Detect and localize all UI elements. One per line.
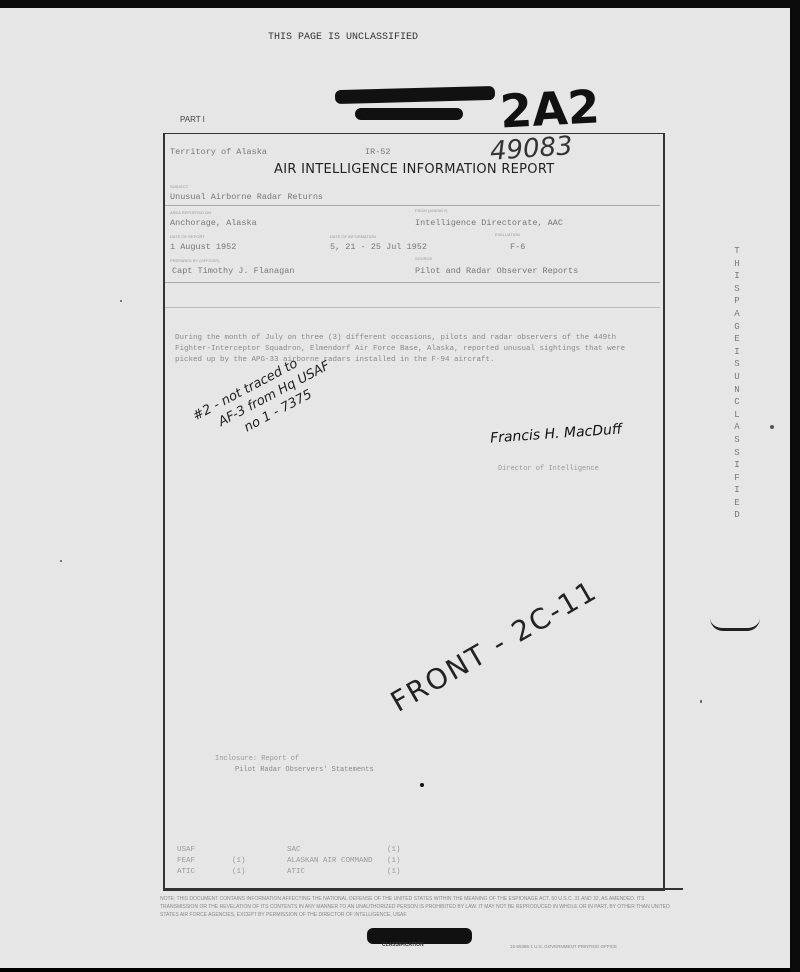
signature-title: Director of Intelligence — [498, 465, 599, 473]
field-subject: Unusual Airborne Radar Returns — [170, 192, 323, 202]
label-date-report: DATE OF REPORT — [170, 234, 205, 239]
field-date-information: 5, 21 - 25 Jul 1952 — [330, 242, 427, 252]
label-source: SOURCE — [415, 256, 432, 261]
field-source: Pilot and Radar Observer Reports — [415, 266, 578, 276]
scan-right-edge — [790, 0, 800, 972]
form-bottom-border — [163, 888, 683, 890]
scan-speck — [700, 700, 702, 703]
form-title: AIR INTELLIGENCE INFORMATION REPORT — [274, 162, 554, 177]
distribution-list: USAFSAC(1) FEAF(1)ALASKAN AIR COMMAND(1)… — [177, 845, 401, 878]
label-from: FROM (AGENCY) — [415, 208, 447, 213]
divider — [165, 282, 660, 283]
side-banner-text: THIS PAGE IS UNCLASSIFIED — [733, 245, 742, 522]
field-date-report: 1 August 1952 — [170, 242, 236, 252]
distribution-row: ATIC(1)ATIC(1) — [177, 867, 401, 878]
part-label: PART I — [180, 115, 205, 124]
handwritten-code: 2A2 — [499, 79, 601, 138]
label-evaluation: EVALUATION — [495, 232, 520, 237]
printing-office-mark: 16-55386-1 U.S. GOVERNMENT PRINTING OFFI… — [510, 944, 617, 949]
classification-label: CLASSIFICATION — [382, 942, 424, 948]
field-iir-no: IR-52 — [365, 147, 391, 157]
redaction-bar-second — [355, 108, 463, 120]
bracket-mark — [710, 618, 760, 631]
divider — [165, 205, 660, 206]
scan-speck — [770, 425, 774, 429]
scan-speck — [420, 783, 424, 787]
scan-speck — [120, 300, 122, 302]
side-unclassified-banner: THIS PAGE IS UNCLASSIFIED — [730, 245, 744, 522]
summary-paragraph: During the month of July on three (3) di… — [175, 333, 645, 366]
field-prepared-by: Capt Timothy J. Flanagan — [172, 266, 294, 276]
scan-speck — [60, 560, 62, 562]
field-from-agency: Intelligence Directorate, AAC — [415, 218, 563, 228]
field-country: Territory of Alaska — [170, 147, 267, 157]
label-date-info: DATE OF INFORMATION — [330, 234, 376, 239]
enclosure-line-1: Inclosure: Report of — [215, 755, 299, 763]
scan-top-edge — [0, 0, 800, 8]
distribution-row: FEAF(1)ALASKAN AIR COMMAND(1) — [177, 856, 401, 867]
divider — [165, 307, 660, 308]
espionage-act-note: NOTE: THIS DOCUMENT CONTAINS INFORMATION… — [160, 895, 680, 919]
field-evaluation: F-6 — [510, 242, 525, 252]
unclassified-banner: THIS PAGE IS UNCLASSIFIED — [268, 32, 418, 43]
label-prepared-by: PREPARED BY (OFFICER) — [170, 258, 219, 263]
label-area: AREA REPORTED ON — [170, 210, 211, 215]
field-area: Anchorage, Alaska — [170, 218, 257, 228]
distribution-row: USAFSAC(1) — [177, 845, 401, 856]
label-subject: SUBJECT — [170, 184, 188, 189]
enclosure-line-2: Pilot Radar Observers' Statements — [235, 766, 374, 774]
